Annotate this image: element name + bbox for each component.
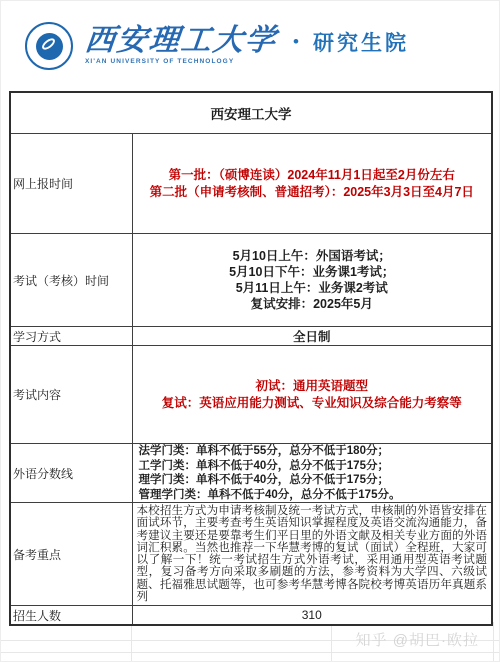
row-label-exam-time: 考试（考核）时间 [10, 234, 132, 327]
enrollment-value: 310 [132, 606, 492, 626]
table-row: 备考重点 本校招生方式为申请考核制及统一考试方式，申核制的外语皆安排在面试环节，… [10, 503, 492, 606]
gridline [331, 622, 332, 662]
text-line: 第一批：（硕博连读）2024年11月1日起至2月份左右 [135, 167, 490, 184]
row-label-score-line: 外语分数线 [10, 444, 132, 503]
text-line: 初试：通用英语题型 [135, 378, 490, 395]
row-label-prep-focus: 备考重点 [10, 503, 132, 606]
row-label-study-mode: 学习方式 [10, 327, 132, 346]
text-line: 复试安排：2025年5月 [135, 296, 490, 312]
score-line-value: 法学门类：单科不低于55分，总分不低于180分； 工学门类：单科不低于40分，总… [132, 444, 492, 503]
header-banner: 西安理工大学 XI'AN UNIVERSITY OF TECHNOLOGY • … [1, 1, 500, 91]
university-seal-icon [25, 22, 73, 70]
zhihu-watermark: 知乎 @胡巴·欧拉 [356, 629, 479, 650]
seal-swoosh-icon [40, 36, 57, 52]
table-row: 学习方式 全日制 [10, 327, 492, 346]
text-line: 工学门类：单科不低于40分，总分不低于175分； [139, 459, 490, 474]
table-row: 网上报时间 第一批：（硕博连读）2024年11月1日起至2月份左右 第二批（申请… [10, 134, 492, 234]
row-label-enrollment: 招生人数 [10, 606, 132, 626]
text-line: 法学门类：单科不低于55分，总分不低于180分； [139, 444, 490, 459]
table-row: 考试（考核）时间 5月10日上午：外国语考试； 5月10日下午：业务课1考试； … [10, 234, 492, 327]
row-label-exam-content: 考试内容 [10, 346, 132, 444]
text-line: 5月10日下午：业务课1考试； [135, 264, 490, 280]
text-line: 管理学门类：单科不低于40分，总分不低于175分。 [139, 488, 490, 503]
gridline [131, 622, 132, 662]
table-row: 外语分数线 法学门类：单科不低于55分，总分不低于180分； 工学门类：单科不低… [10, 444, 492, 503]
text-line: 复试：英语应用能力测试、专业知识及综合能力考察等 [135, 395, 490, 412]
graduate-school-label: 研究生院 [313, 27, 409, 57]
table-row: 考试内容 初试：通用英语题型 复试：英语应用能力测试、专业知识及综合能力考察等 [10, 346, 492, 444]
registration-time-value: 第一批：（硕博连读）2024年11月1日起至2月份左右 第二批（申请考核制、普通… [132, 134, 492, 234]
table-title: 西安理工大学 [10, 92, 492, 134]
gridline [493, 622, 494, 662]
study-mode-value: 全日制 [132, 327, 492, 346]
text-line: 5月10日上午：外国语考试； [135, 248, 490, 264]
exam-time-value: 5月10日上午：外国语考试； 5月10日下午：业务课1考试； 5月11日上午：业… [132, 234, 492, 327]
exam-content-value: 初试：通用英语题型 复试：英语应用能力测试、专业知识及综合能力考察等 [132, 346, 492, 444]
table-row: 西安理工大学 [10, 92, 492, 134]
gridline [1, 652, 500, 653]
text-line: 理学门类：单科不低于40分，总分不低于175分； [139, 473, 490, 488]
seal-core [36, 33, 63, 60]
university-name-en: XI'AN UNIVERSITY OF TECHNOLOGY [85, 59, 277, 66]
text-line: 5月11日上午：业务课2考试 [135, 280, 490, 296]
prep-focus-text: 本校招生方式为申请考核制及统一考试方式，申核制的外语皆安排在面试环节，主要考查考… [132, 503, 492, 606]
bullet-separator: • [293, 32, 299, 52]
row-label-registration-time: 网上报时间 [10, 134, 132, 234]
university-name-zh: 西安理工大学 [83, 26, 278, 56]
university-brand: 西安理工大学 XI'AN UNIVERSITY OF TECHNOLOGY [85, 26, 277, 66]
table-row: 招生人数 310 [10, 606, 492, 626]
text-line: 第二批（申请考核制、普通招考）：2025年3月3日至4月7日 [135, 184, 490, 201]
admissions-table: 西安理工大学 网上报时间 第一批：（硕博连读）2024年11月1日起至2月份左右… [9, 91, 493, 626]
